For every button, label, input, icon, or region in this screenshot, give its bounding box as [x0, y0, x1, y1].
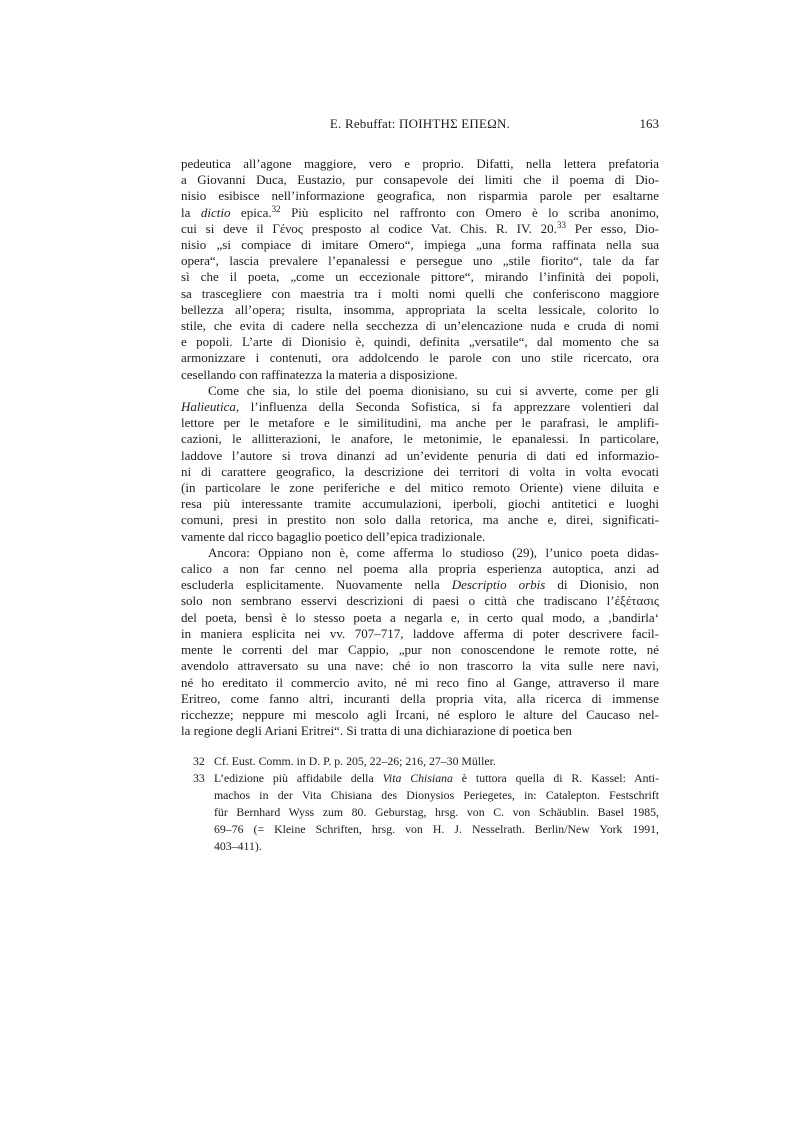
footnote-number: 32 [193, 753, 205, 770]
text-line: escluderla esplicitamente. Nuovamente ne… [181, 577, 659, 593]
text-line: comuni, presi in prestito non solo dalla… [181, 512, 659, 528]
text-line: bellezza all’opera; risulta, insomma, ap… [181, 302, 659, 318]
footnote-ref: 32 [272, 204, 281, 214]
text-line: Cf. Eust. Comm. in D. P. p. 205, 22–26; … [214, 753, 659, 770]
text-line: in maniera esplicita nei vv. 707–717, la… [181, 626, 659, 642]
text-line: lettore per le metafore e le similitudin… [181, 415, 659, 431]
text-line: Ancora: Oppiano non è, come afferma lo s… [181, 545, 659, 561]
page-number: 163 [640, 115, 660, 132]
text-line: né ho ereditato il commercio avito, né m… [181, 675, 659, 691]
text-line: opera“, lascia prevalere l’epanalessi e … [181, 253, 659, 269]
text-line: solo non sembrano esservi descrizioni di… [181, 593, 659, 609]
text-line: laddove l’autore si trova dinanzi ad un’… [181, 448, 659, 464]
text-line: 403–411). [214, 838, 659, 855]
paper-page: E. Rebuffat: ΠΟΙΗΤΗΣ ΕΠΕΩΝ. 163 pedeutic… [0, 0, 799, 1131]
text-line: machos in der Vita Chisiana des Dionysio… [214, 787, 659, 804]
text-line: cazioni, le allitterazioni, le anafore, … [181, 431, 659, 447]
text-line: ni di carattere geografico, la descrizio… [181, 464, 659, 480]
paragraph: pedeutica all’agone maggiore, vero e pro… [181, 156, 659, 383]
text-line: a Giovanni Duca, Eustazio, pur consapevo… [181, 172, 659, 188]
text-line: cesellando con raffinatezza la materia a… [181, 367, 659, 383]
text-line: la regione degli Ariani Eritrei“. Si tra… [181, 723, 659, 739]
text-line: für Bernhard Wyss zum 80. Geburstag, hrs… [214, 804, 659, 821]
footnote-number: 33 [193, 770, 205, 787]
body-text: pedeutica all’agone maggiore, vero e pro… [181, 156, 659, 739]
text-line: sì che il poeta, „come un eccezionale pi… [181, 269, 659, 285]
text-line: calico a non far cenno nel poema alla pr… [181, 561, 659, 577]
text-line: del poeta, bensì è lo stesso poeta a neg… [181, 610, 659, 626]
text-line: sa trascegliere con maestria tra i molti… [181, 286, 659, 302]
text-line: armonizzare i contenuti, ora addolcendo … [181, 350, 659, 366]
text-line: mente le correnti del mar Cappio, „pur n… [181, 642, 659, 658]
text-line: L’edizione più affidabile della Vita Chi… [214, 770, 659, 787]
footnotes: 32Cf. Eust. Comm. in D. P. p. 205, 22–26… [181, 753, 659, 855]
text-line: Halieutica, l’influenza della Seconda So… [181, 399, 659, 415]
text-line: pedeutica all’agone maggiore, vero e pro… [181, 156, 659, 172]
text-line: Eritreo, come fanno altri, incuranti del… [181, 691, 659, 707]
text-line: Come che sia, lo stile del poema dionisi… [181, 383, 659, 399]
paragraph: Ancora: Oppiano non è, come afferma lo s… [181, 545, 659, 739]
text-line: e popoli. L’arte di Dionisio è, quindi, … [181, 334, 659, 350]
text-line: cui si deve il Γένος presposto al codice… [181, 221, 659, 237]
text-line: 69–76 (= Kleine Schriften, hrsg. von H. … [214, 821, 659, 838]
text-line: la dictio epica.32 Più esplicito nel raf… [181, 205, 659, 221]
text-line: vamente dal ricco bagaglio poetico dell’… [181, 529, 659, 545]
footnote: 32Cf. Eust. Comm. in D. P. p. 205, 22–26… [181, 753, 659, 770]
footnote: 33L’edizione più affidabile della Vita C… [181, 770, 659, 855]
text-line: nisio esibisce nell’informazione geograf… [181, 188, 659, 204]
footnote-ref: 33 [557, 220, 566, 230]
running-head: E. Rebuffat: ΠΟΙΗΤΗΣ ΕΠΕΩΝ. 163 [181, 115, 659, 132]
text-line: avendolo attraversato su una nave: ché i… [181, 658, 659, 674]
running-title: E. Rebuffat: ΠΟΙΗΤΗΣ ΕΠΕΩΝ. [181, 115, 659, 132]
text-line: ricchezze; neppure mi mescolo agli Ircan… [181, 707, 659, 723]
text-line: resa più interessante tramite accumulazi… [181, 496, 659, 512]
text-line: stile, che evita di cadere nella secchez… [181, 318, 659, 334]
text-line: nisio „si compiace di imitare Omero“, im… [181, 237, 659, 253]
text-line: (in particolare le zone periferiche e de… [181, 480, 659, 496]
paragraph: Come che sia, lo stile del poema dionisi… [181, 383, 659, 545]
